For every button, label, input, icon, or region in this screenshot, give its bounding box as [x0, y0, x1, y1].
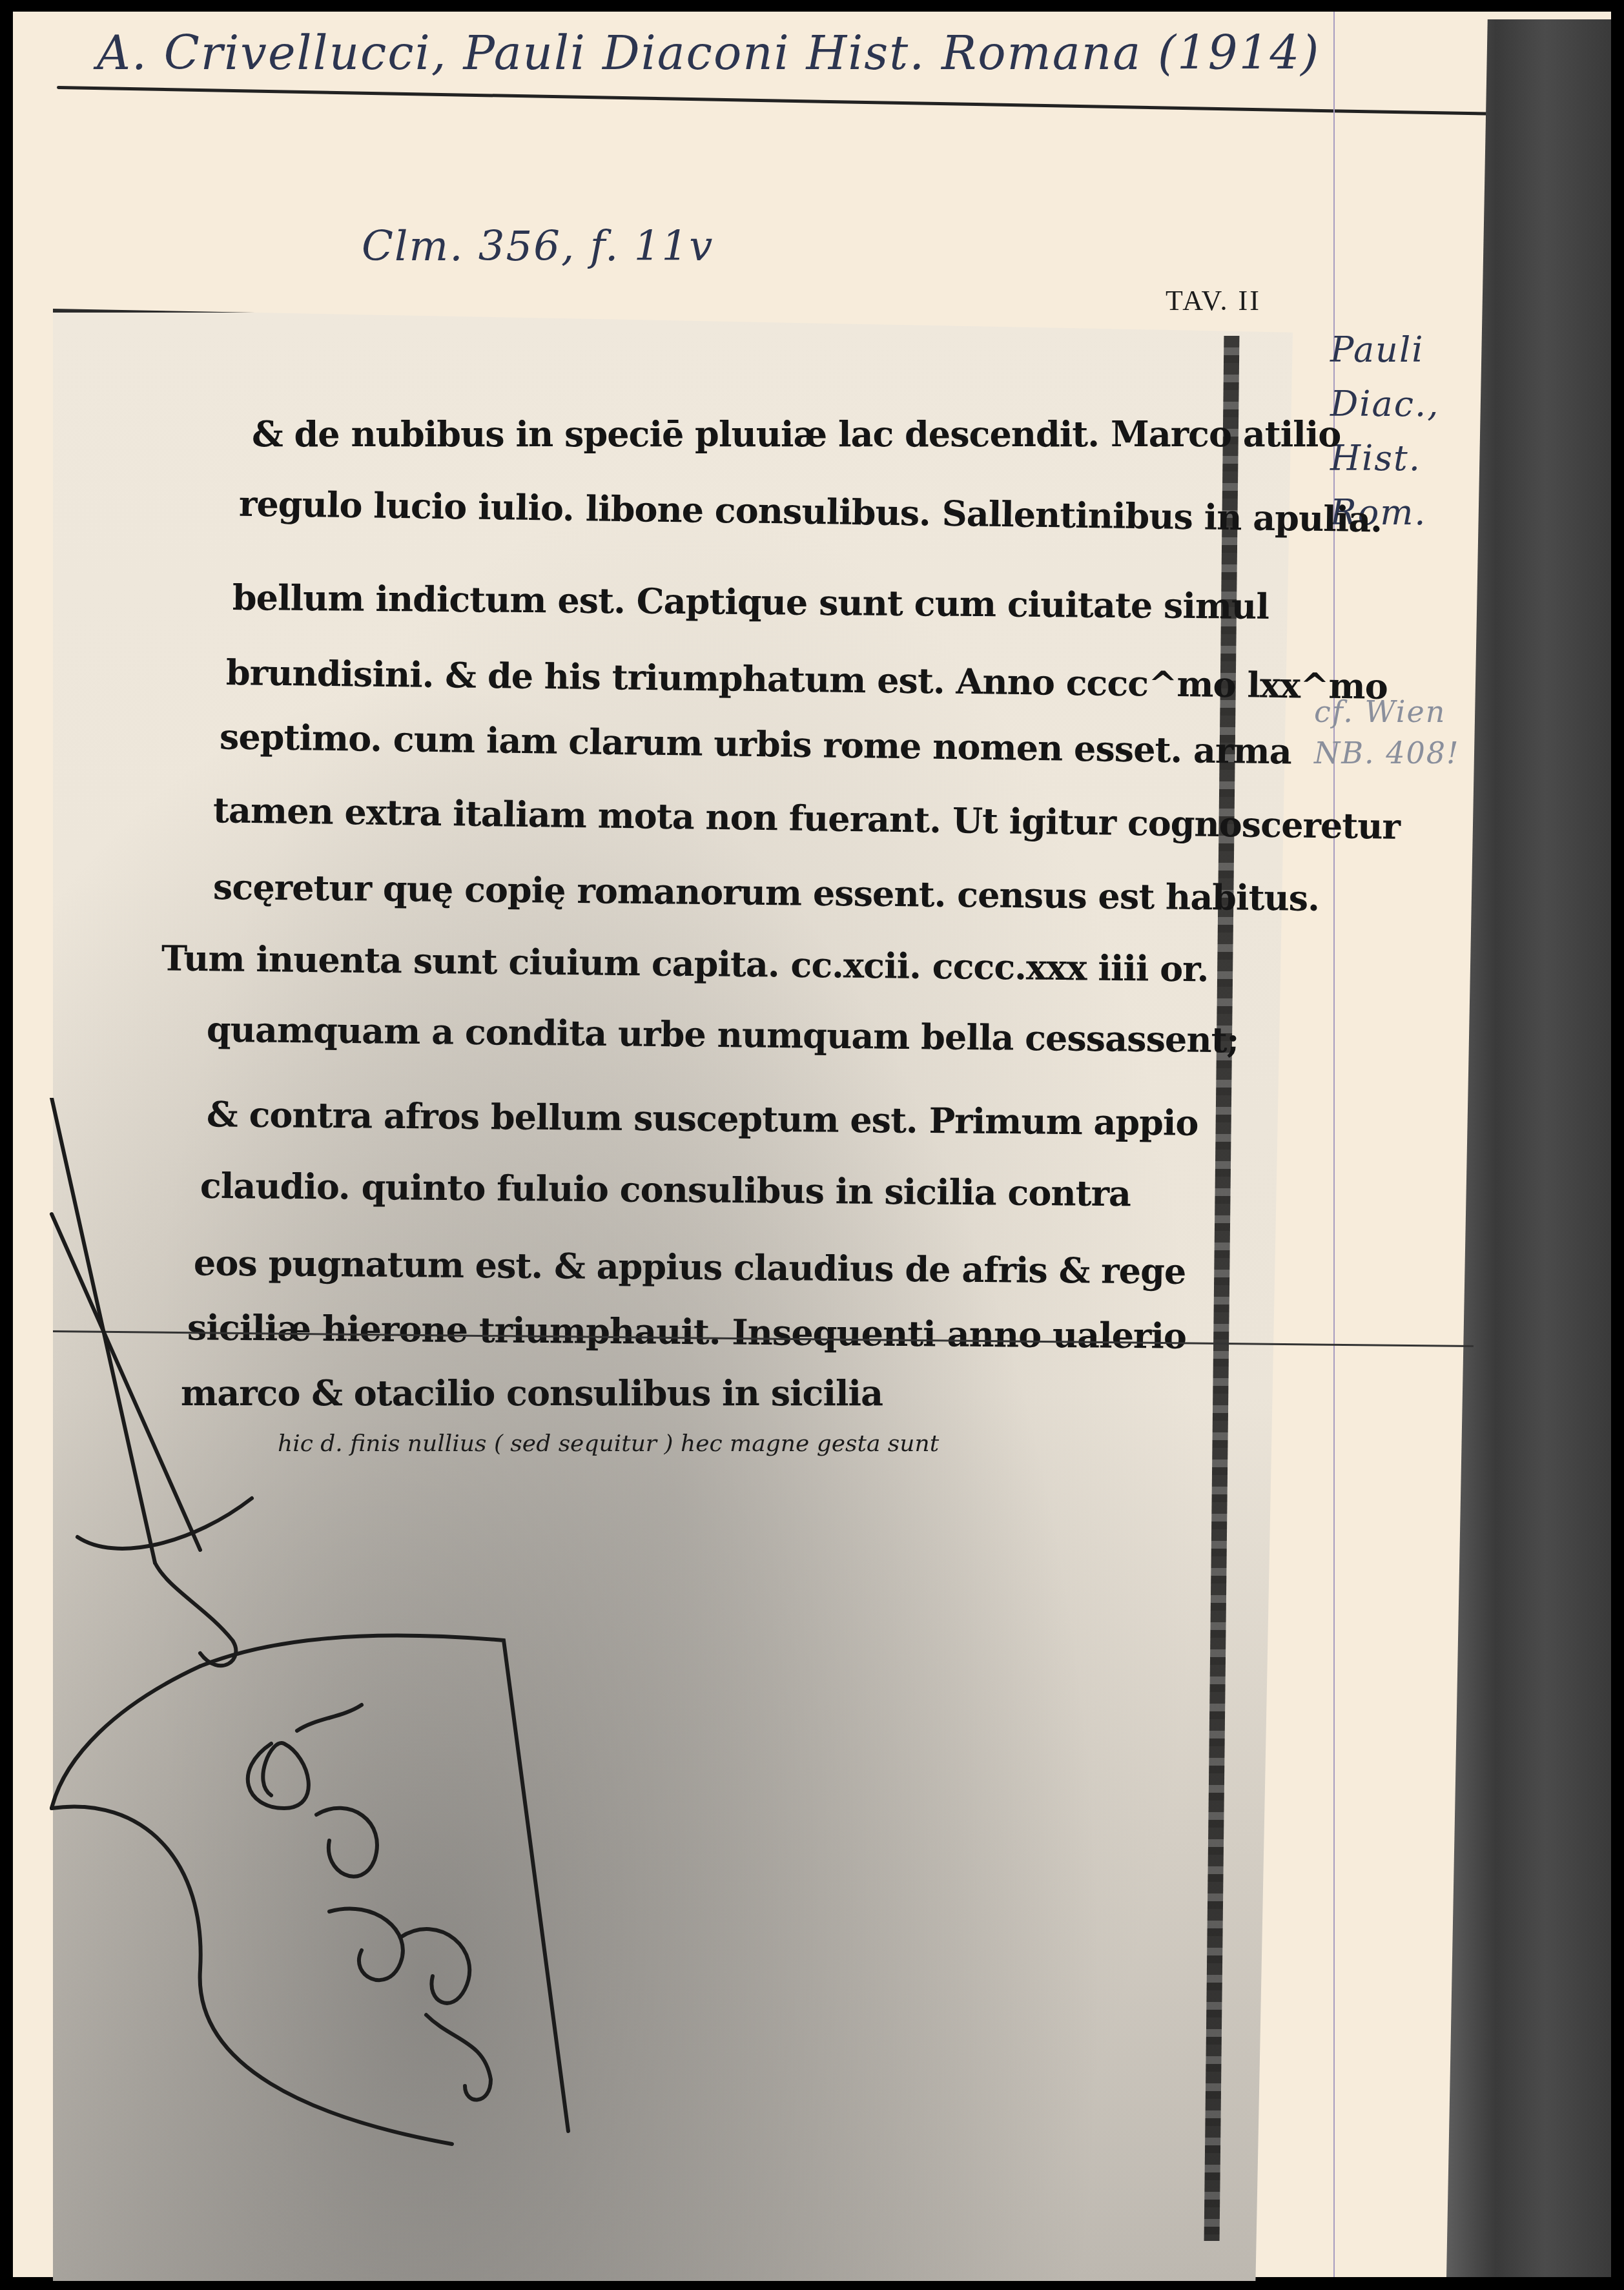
ms-line: & de nubibus in speciē pluuiæ lac descen… [252, 413, 1341, 455]
sword-and-shield-drawing [39, 1098, 620, 2196]
ms-line: bellum indictum est. Captique sunt cum c… [232, 577, 1269, 627]
ms-line: septimo. cum iam clarum urbis rome nomen… [220, 716, 1291, 772]
ms-line: Tum inuenta sunt ciuium capita. cc.xcii.… [161, 938, 1209, 990]
ms-line: brundisini. & de his triumphatum est. An… [226, 652, 1388, 707]
ms-line: tamen extra italiam mota non fuerant. Ut… [213, 789, 1401, 847]
ms-line: scęretur quę copię romanorum essent. cen… [213, 866, 1320, 919]
ms-line: quamquam a condita urbe numquam bella ce… [207, 1009, 1239, 1061]
ms-line: regulo lucio iulio. libone consulibus. S… [239, 483, 1382, 541]
